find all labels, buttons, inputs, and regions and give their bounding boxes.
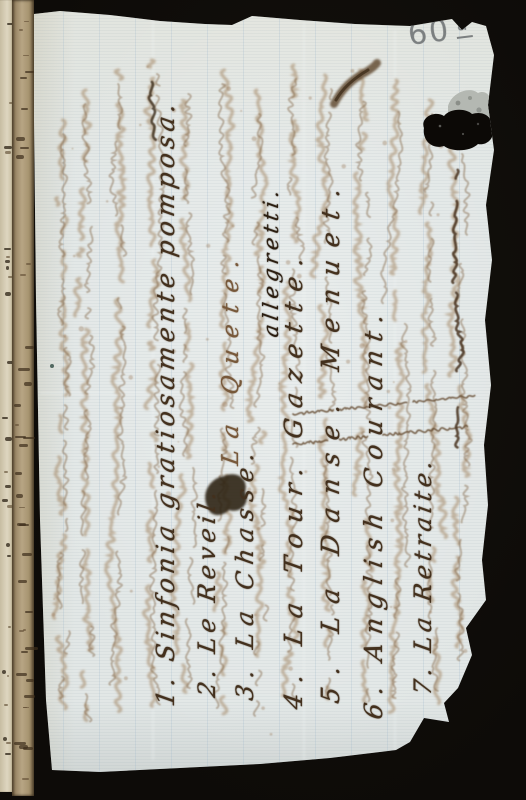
- manuscript-line-text: 1. Sinfonia gratiosamente pomposa.: [151, 97, 180, 708]
- edge-ink-mark: [16, 155, 24, 158]
- edge-ink-mark: [24, 695, 35, 698]
- edge-ink-mark: [25, 71, 34, 74]
- edge-ink-mark: [15, 424, 19, 426]
- scan-background: 60a 1. Sinfonia gratiosamente pomposa.2.…: [0, 0, 526, 800]
- manuscript-paper: 60a 1. Sinfonia gratiosamente pomposa.2.…: [28, 6, 498, 778]
- edge-ink-mark: [21, 108, 28, 110]
- edge-ink-mark: [2, 499, 8, 502]
- edge-ink-mark: [8, 626, 11, 629]
- edge-ink-mark: [6, 543, 10, 547]
- edge-ink-mark: [17, 523, 25, 526]
- edge-ink-mark: [5, 485, 11, 488]
- edge-ink-mark: [14, 742, 26, 745]
- manuscript-line: 2. Le Reveil.: [193, 492, 221, 697]
- edge-ink-mark: [22, 778, 29, 780]
- edge-ink-mark: [6, 266, 9, 270]
- binding-strip: [12, 0, 34, 796]
- folio-annotation: 60a: [406, 10, 473, 52]
- manuscript-line-text: 4. La Tour. Gazette.: [279, 245, 308, 712]
- edge-ink-mark: [5, 753, 11, 755]
- manuscript-line: 6. Anglish Courant.: [359, 329, 388, 719]
- manuscript-line-text: 6. Anglish Courant.: [359, 303, 388, 721]
- edge-ink-mark: [21, 651, 28, 653]
- manuscript-line: La Quete.: [218, 265, 244, 465]
- manuscript-text-layer: 60a 1. Sinfonia gratiosamente pomposa.2.…: [0, 0, 526, 800]
- edge-ink-mark: [23, 747, 32, 750]
- edge-ink-mark: [19, 630, 24, 631]
- edge-ink-mark: [20, 147, 29, 149]
- edge-ink-mark: [24, 382, 32, 385]
- edge-ink-mark: [19, 444, 29, 447]
- edge-ink-mark: [7, 675, 9, 678]
- edge-ink-mark: [2, 417, 7, 419]
- folio-suffix: a: [454, 14, 472, 39]
- edge-ink-mark: [26, 679, 34, 682]
- manuscript-line: 1. Sinfonia gratiosamente pomposa.: [151, 156, 180, 706]
- edge-ink-mark: [4, 248, 10, 251]
- edge-ink-mark: [19, 507, 25, 508]
- edge-ink-mark: [5, 151, 10, 154]
- edge-ink-mark: [25, 611, 33, 613]
- edge-ink-mark: [26, 263, 31, 265]
- edge-ink-mark: [5, 260, 11, 264]
- edge-ink-mark: [19, 29, 23, 31]
- manuscript-line: 5. La Danse. Menuet.: [316, 213, 345, 703]
- edge-ink-mark: [7, 555, 11, 557]
- manuscript-line-text: 5. La Danse. Menuet.: [316, 173, 345, 705]
- edge-ink-mark: [3, 737, 7, 740]
- edge-ink-mark: [22, 553, 32, 556]
- edge-ink-mark: [15, 436, 26, 438]
- edge-ink-mark: [16, 494, 23, 497]
- folio-number: 60: [406, 13, 452, 53]
- edge-ink-mark: [16, 673, 27, 676]
- edge-ink-mark: [5, 437, 11, 441]
- edge-ink-mark: [20, 77, 27, 79]
- edge-ink-mark: [4, 146, 12, 149]
- edge-ink-mark: [4, 704, 9, 706]
- edge-ink-mark: [23, 55, 29, 57]
- edge-ink-mark: [5, 292, 11, 296]
- edge-ink-mark: [14, 404, 21, 407]
- edge-ink-mark: [18, 368, 30, 370]
- edge-ink-mark: [25, 647, 38, 649]
- edge-ink-mark: [6, 742, 11, 744]
- manuscript-line: 3. La Chasse.: [231, 462, 259, 700]
- edge-ink-mark: [2, 670, 6, 674]
- edge-ink-mark: [15, 472, 22, 475]
- manuscript-line-text: 7. La Retraite.: [409, 455, 437, 698]
- manuscript-line: 7. La Retraite.: [409, 463, 437, 695]
- manuscript-line-text: 3. La Chasse.: [231, 444, 259, 702]
- manuscript-line-text: 2. Le Reveil.: [193, 485, 221, 699]
- edge-ink-mark: [16, 137, 26, 140]
- manuscript-line: 4. La Tour. Gazette.: [279, 261, 308, 709]
- edge-ink-mark: [25, 346, 34, 349]
- manuscript-line-text: La Quete.: [218, 247, 244, 467]
- edge-ink-mark: [6, 256, 10, 258]
- edge-ink-mark: [23, 707, 29, 708]
- edge-ink-mark: [24, 21, 30, 22]
- edge-ink-mark: [18, 580, 27, 583]
- edge-ink-mark: [4, 471, 9, 473]
- edge-ink-mark: [20, 274, 26, 276]
